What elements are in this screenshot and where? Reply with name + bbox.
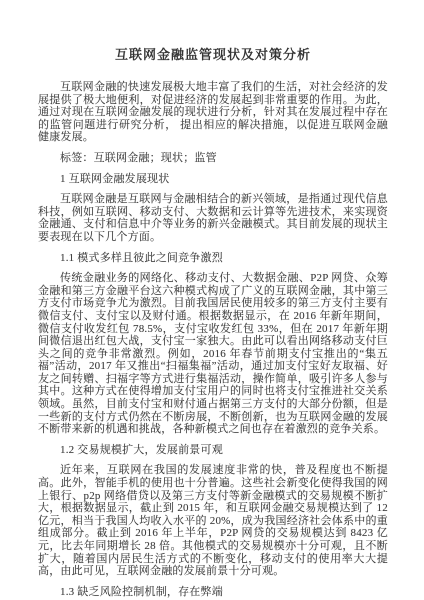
section-1-2-paragraph: 近年来，互联网在我国的发展速度非常的快，普及程度也不断提高。此外，智能手机的使用… <box>38 464 388 577</box>
section-1-2-heading: 1.2 交易规模扩大，发展前景可观 <box>38 444 388 457</box>
document-title: 互联网金融监管现状及对策分析 <box>38 44 388 63</box>
tags-line: 标签：互联网金融；现状；监管 <box>38 152 388 165</box>
section-1-2: 1.2 交易规模扩大，发展前景可观 近年来，互联网在我国的发展速度非常的快，普及… <box>38 444 388 578</box>
abstract-paragraph: 互联网金融的快速发展极大地丰富了我们的生活，对社会经济的发展提供了极大地便利，对… <box>38 81 388 144</box>
section-1-3: 1.3 缺乏风险控制机制，存在弊端 <box>38 586 388 599</box>
section-1-1-paragraph: 传统金融业务的网络化、移动支付、大数据金融、P2P 网贷、众筹金融和第三方金融平… <box>38 272 388 436</box>
section-1-heading: 1 互联网金融发展现状 <box>38 173 388 186</box>
section-1-3-heading: 1.3 缺乏风险控制机制，存在弊端 <box>38 586 388 599</box>
section-1-1-heading: 1.1 模式多样且彼此之间竞争激烈 <box>38 252 388 265</box>
document-page: 互联网金融监管现状及对策分析 互联网金融的快速发展极大地丰富了我们的生活，对社会… <box>0 0 424 600</box>
section-1-1: 1.1 模式多样且彼此之间竞争激烈 传统金融业务的网络化、移动支付、大数据金融、… <box>38 252 388 436</box>
section-1-paragraph: 互联网金融是互联网与金融相结合的新兴领域，是指通过现代信息科技，例如互联网、移动… <box>38 193 388 243</box>
section-1: 1 互联网金融发展现状 互联网金融是互联网与金融相结合的新兴领域，是指通过现代信… <box>38 173 388 244</box>
